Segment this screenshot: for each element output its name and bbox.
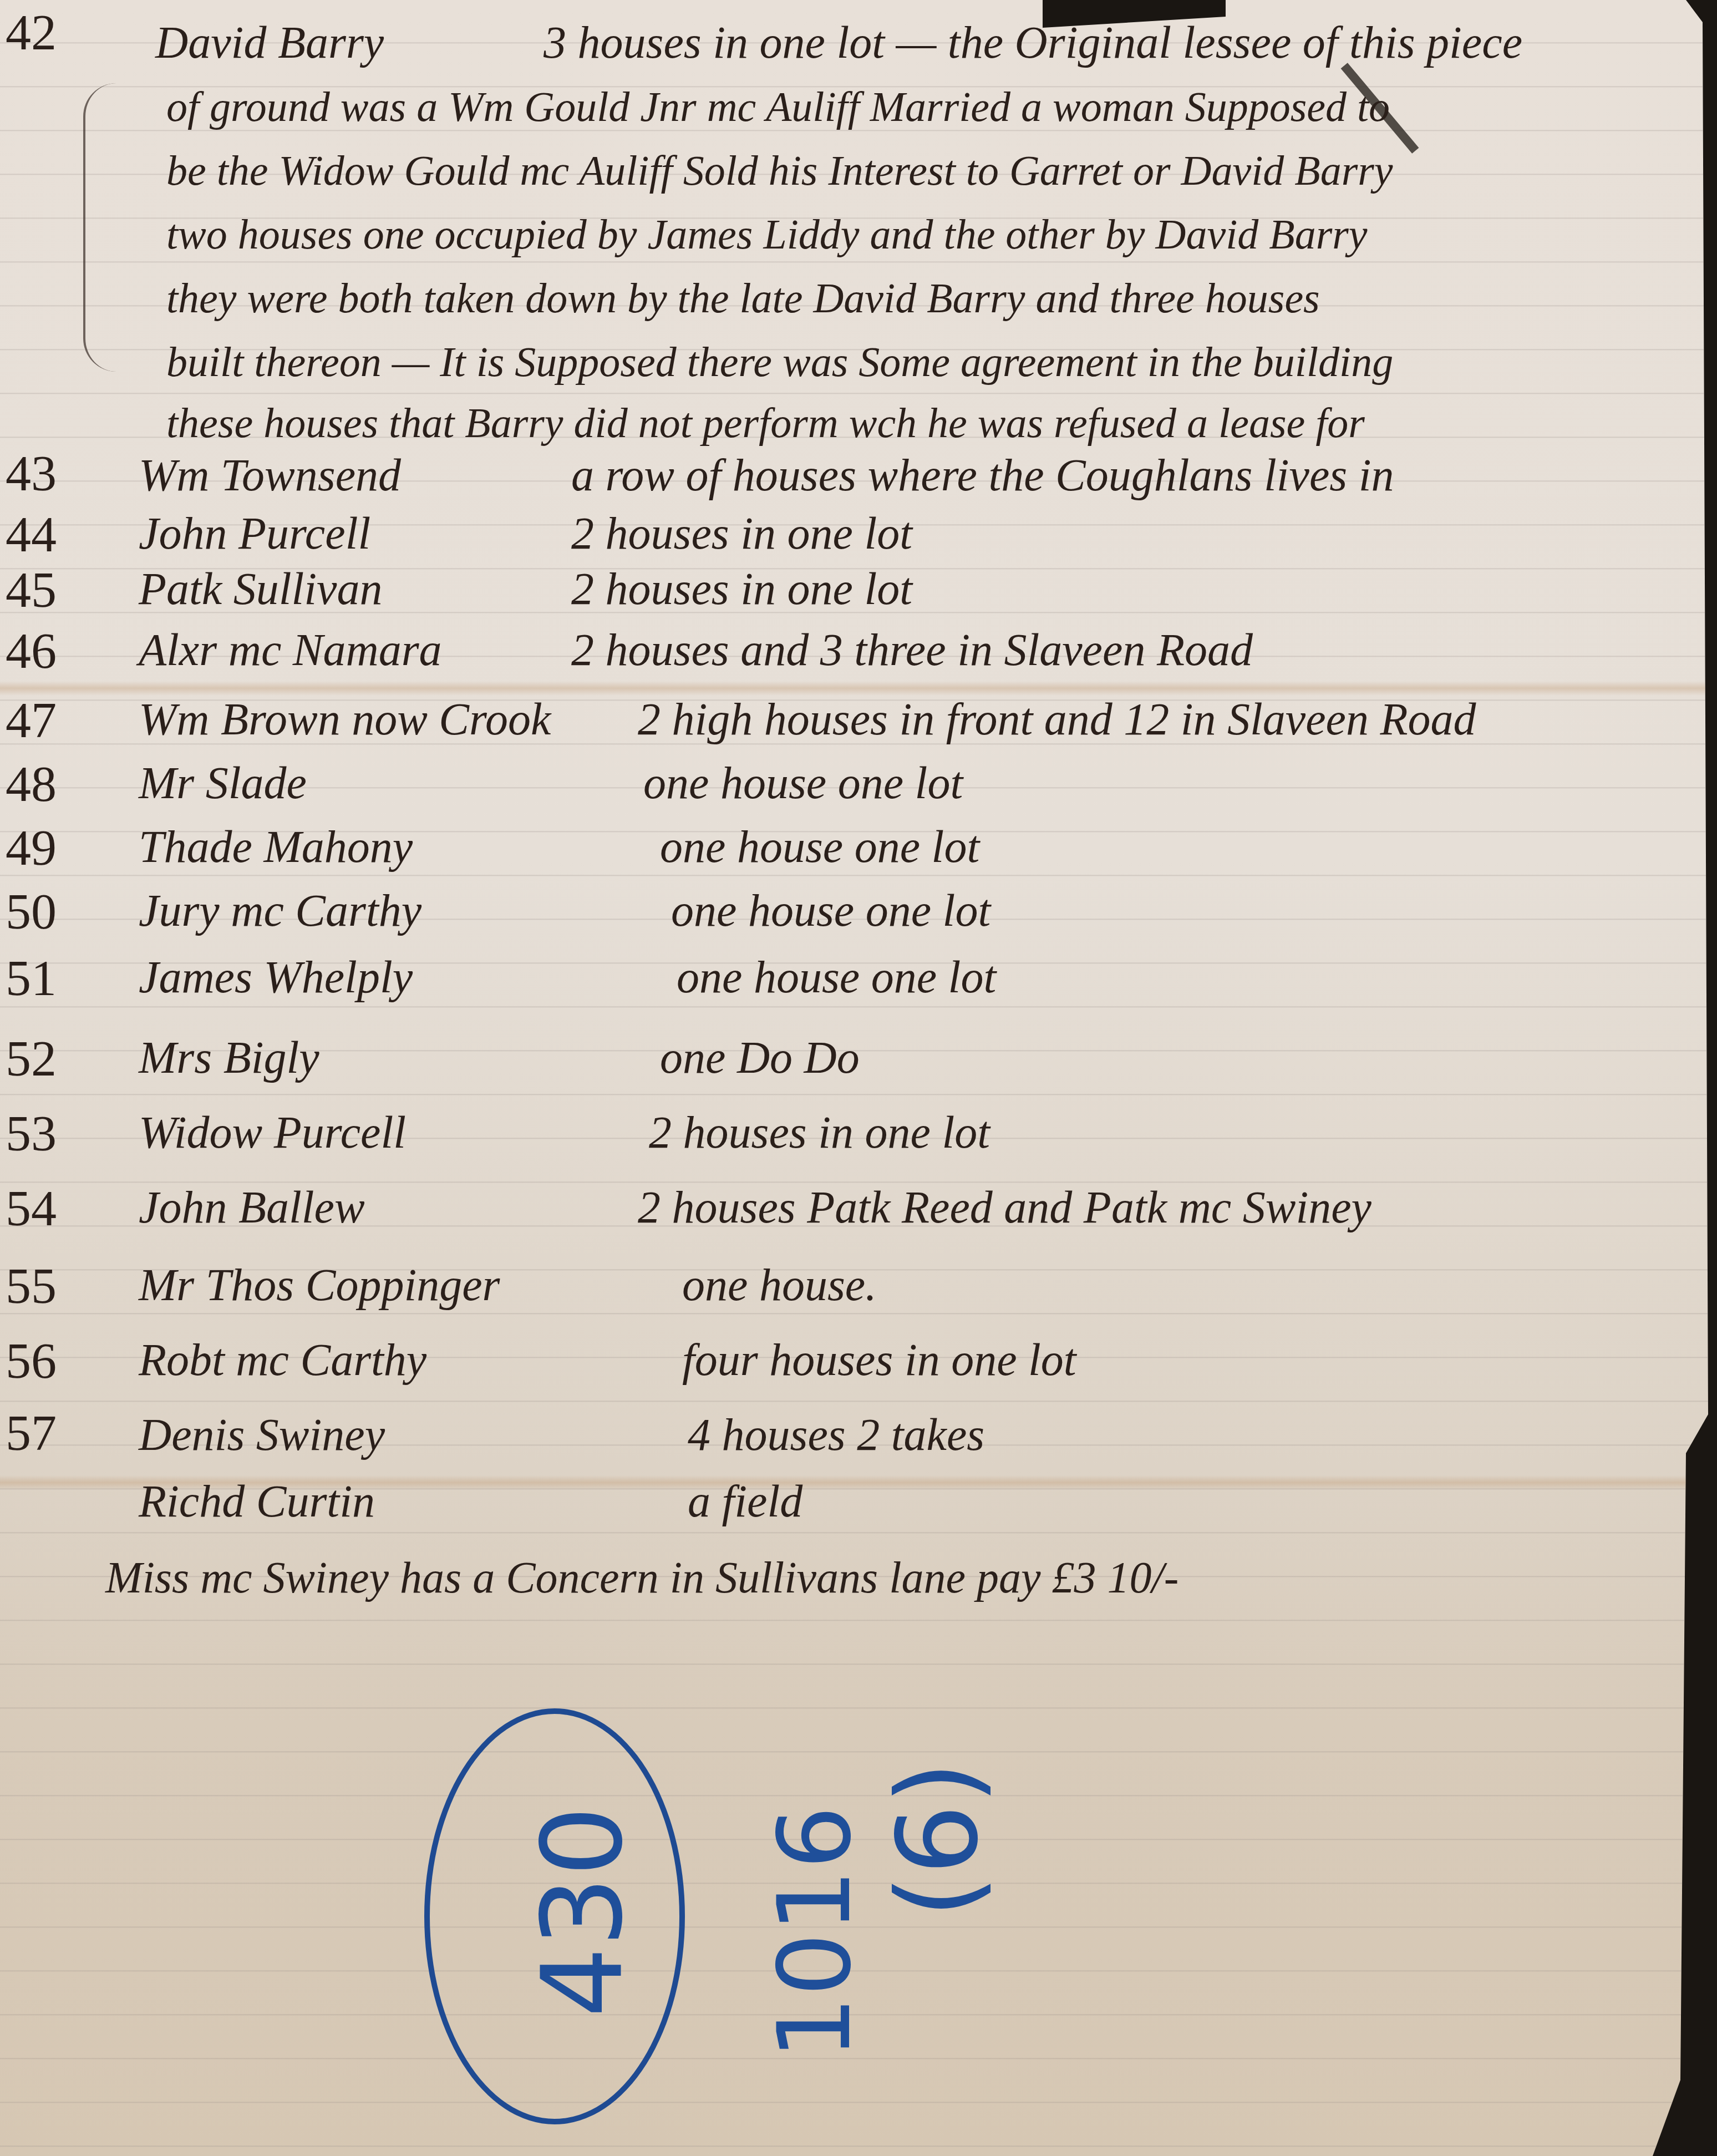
entry-name: David Barry: [155, 17, 384, 69]
note-line: built thereon — It is Supposed there was…: [166, 338, 1393, 387]
entry-number: 55: [6, 1256, 57, 1315]
entry-name: Mrs Bigly: [139, 1032, 319, 1084]
entry-name: Alxr mc Namara: [139, 624, 442, 676]
entry-name: Denis Swiney: [139, 1409, 385, 1461]
entry-number: 45: [6, 560, 57, 619]
entry-name: Richd Curtin: [139, 1475, 375, 1528]
entry-number: 52: [6, 1029, 57, 1088]
entry-description: 2 houses in one lot: [649, 1107, 990, 1159]
entry-number: 49: [6, 818, 57, 877]
entry-description: 4 houses 2 takes: [688, 1409, 984, 1461]
note-line: these houses that Barry did not perform …: [166, 399, 1365, 448]
entry-name: Mr Slade: [139, 757, 307, 809]
entry-description: one house one lot: [677, 951, 996, 1003]
footer-note: Miss mc Swiney has a Concern in Sullivan…: [105, 1553, 1178, 1604]
note-line: two houses one occupied by James Liddy a…: [166, 211, 1368, 259]
entry-description: 2 houses Patk Reed and Patk mc Swiney: [638, 1181, 1371, 1234]
entry-name: John Purcell: [139, 508, 370, 560]
entry-number: 44: [6, 505, 57, 564]
entry-number: 50: [6, 882, 57, 941]
archive-number-circled: 430: [477, 1847, 689, 1976]
entry-description: one Do Do: [660, 1032, 860, 1084]
entry-name: Patk Sullivan: [139, 563, 383, 615]
entry-number: 48: [6, 754, 57, 813]
entry-number: 42: [6, 3, 57, 62]
entry-description: a field: [688, 1475, 802, 1528]
entry-number: 54: [6, 1179, 57, 1237]
note-line: of ground was a Wm Gould Jnr mc Auliff M…: [166, 83, 1390, 131]
entry-description: 3 houses in one lot — the Original lesse…: [543, 17, 1522, 69]
entry-description: 2 houses in one lot: [571, 563, 912, 615]
circled-number-text: 430: [518, 1806, 647, 2018]
bracket-mark: [83, 83, 119, 372]
entry-description: 2 high houses in front and 12 in Slaveen…: [638, 693, 1476, 745]
entry-description: 2 houses and 3 three in Slaveen Road: [571, 624, 1253, 676]
entry-number: 56: [6, 1331, 57, 1390]
entry-name: Widow Purcell: [139, 1107, 406, 1159]
entry-description: a row of houses where the Coughlans live…: [571, 449, 1394, 501]
entry-name: Wm Brown now Crook: [139, 693, 551, 745]
entry-number: 47: [6, 691, 57, 749]
entry-number: 53: [6, 1104, 57, 1163]
ledger-page: 42 David Barry 3 houses in one lot — the…: [0, 0, 1717, 2156]
entry-name: Wm Townsend: [139, 449, 401, 501]
entry-name: James Whelply: [139, 951, 413, 1003]
entry-name: Mr Thos Coppinger: [139, 1259, 500, 1311]
entry-number: 46: [6, 621, 57, 680]
entry-name: Robt mc Carthy: [139, 1334, 426, 1386]
entry-description: one house one lot: [671, 885, 990, 937]
archive-number-text: 1016: [757, 1805, 873, 2059]
entry-description: four houses in one lot: [682, 1334, 1076, 1386]
entry-name: Thade Mahony: [139, 821, 413, 873]
entry-number: 57: [6, 1403, 57, 1462]
entry-name: Jury mc Carthy: [139, 885, 421, 937]
entry-number: 51: [6, 948, 57, 1007]
entry-description: one house one lot: [660, 821, 979, 873]
entry-description: 2 houses in one lot: [571, 508, 912, 560]
note-line: be the Widow Gould mc Auliff Sold his In…: [166, 147, 1393, 195]
archive-bracket-number: (6): [860, 1775, 1017, 1904]
entry-description: one house one lot: [643, 757, 963, 809]
note-line: they were both taken down by the late Da…: [166, 275, 1320, 323]
entry-description: one house.: [682, 1259, 877, 1311]
entry-number: 43: [6, 444, 57, 503]
bracket-number-text: (6): [873, 1761, 1003, 1918]
entry-name: John Ballew: [139, 1181, 365, 1234]
